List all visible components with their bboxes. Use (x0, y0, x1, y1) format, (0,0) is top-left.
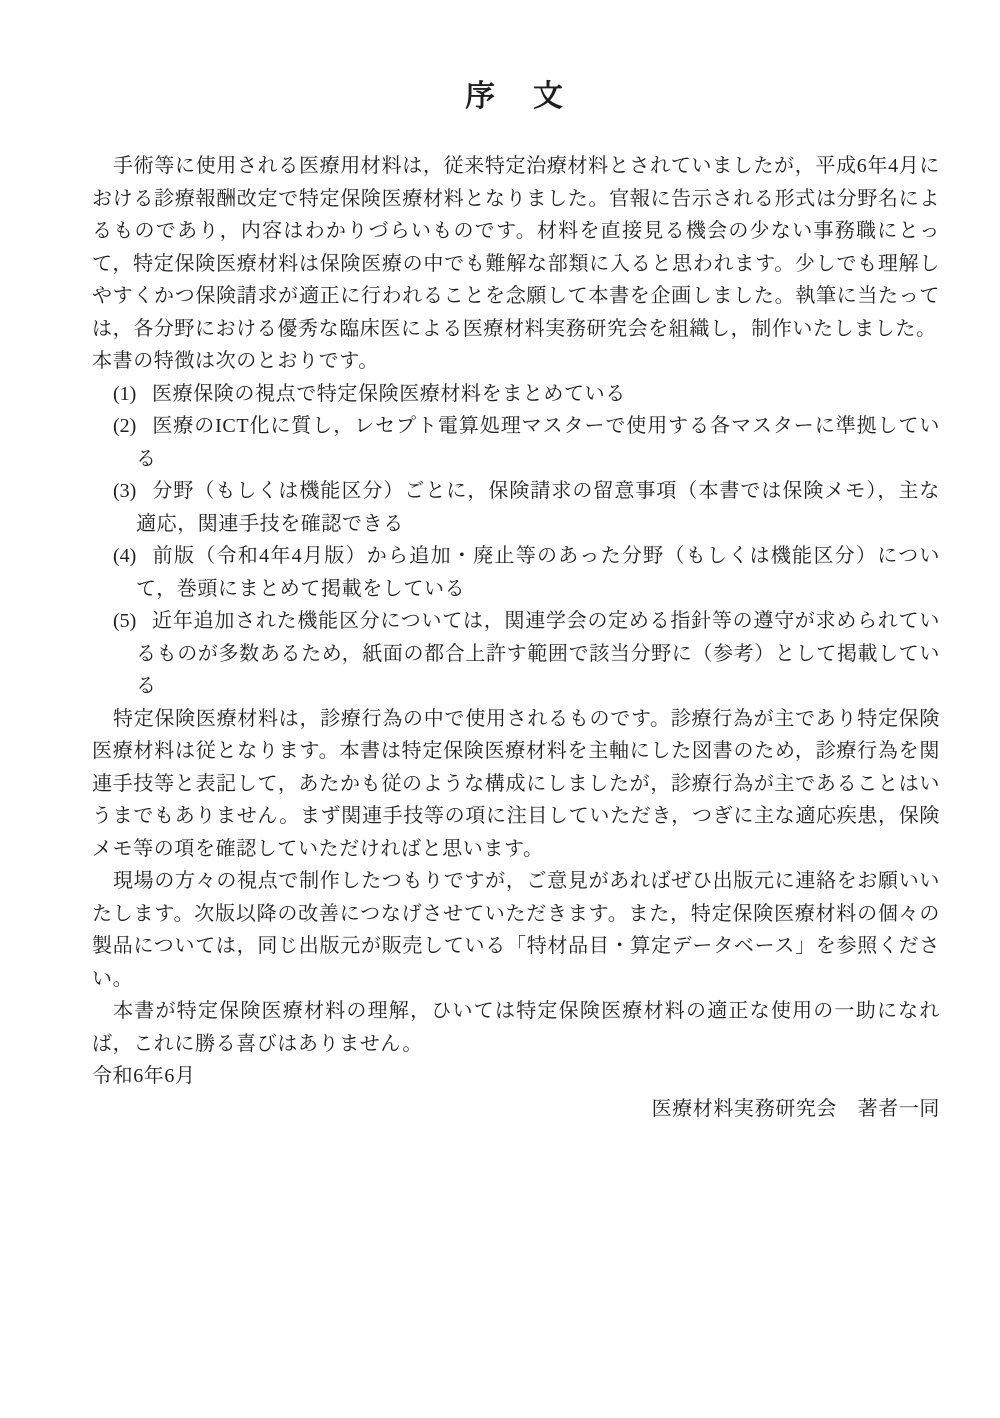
preface-body: 手術等に使用される医療用材料は，従来特定治療材料とされていましたが，平成6年4月… (92, 150, 940, 1125)
page-title: 序 文 (92, 76, 940, 118)
features-intro: 本書の特徴は次のとおりです。 (92, 345, 940, 378)
list-item-text: 前版（令和4年4月版）から追加・廃止等のあった分野（もしくは機能区分）について，… (136, 545, 940, 600)
date-line: 令和6年6月 (92, 1060, 940, 1093)
list-item: (4)前版（令和4年4月版）から追加・廃止等のあった分野（もしくは機能区分）につ… (92, 540, 940, 605)
list-item: (5)近年追加された機能区分については，関連学会の定める指針等の遵守が求められて… (92, 605, 940, 703)
paragraph-introduction: 手術等に使用される医療用材料は，従来特定治療材料とされていましたが，平成6年4月… (92, 150, 940, 345)
list-item-number: (5) (113, 605, 152, 638)
preface-page: 序 文 手術等に使用される医療用材料は，従来特定治療材料とされていましたが，平成… (0, 0, 1000, 1418)
list-item-number: (1) (113, 378, 152, 411)
paragraph-usage: 特定保険医療材料は，診療行為の中で使用されるものです。診療行為が主であり特定保険… (92, 703, 940, 866)
paragraph-closing: 本書が特定保険医療材料の理解，ひいては特定保険医療材料の適正な使用の一助になれば… (92, 995, 940, 1060)
paragraph-feedback: 現場の方々の視点で制作したつもりですが，ご意見があればぜひ出版元に連絡をお願いい… (92, 865, 940, 995)
list-item-text: 医療のICT化に質し，レセプト電算処理マスターで使用する各マスターに準拠している (136, 415, 940, 470)
list-item-number: (3) (113, 475, 152, 508)
list-item-number: (2) (113, 410, 152, 443)
list-item-text: 分野（もしくは機能区分）ごとに，保険請求の留意事項（本書では保険メモ），主な適応… (136, 480, 940, 535)
list-item-number: (4) (113, 540, 152, 573)
list-item: (3)分野（もしくは機能区分）ごとに，保険請求の留意事項（本書では保険メモ），主… (92, 475, 940, 540)
list-item-text: 医療保険の視点で特定保険医療材料をまとめている (152, 383, 626, 405)
feature-list: (1)医療保険の視点で特定保険医療材料をまとめている (2)医療のICT化に質し… (92, 378, 940, 703)
list-item: (2)医療のICT化に質し，レセプト電算処理マスターで使用する各マスターに準拠し… (92, 410, 940, 475)
list-item: (1)医療保険の視点で特定保険医療材料をまとめている (92, 378, 940, 411)
list-item-text: 近年追加された機能区分については，関連学会の定める指針等の遵守が求められているも… (136, 610, 940, 697)
signature-line: 医療材料実務研究会 著者一同 (92, 1093, 940, 1126)
